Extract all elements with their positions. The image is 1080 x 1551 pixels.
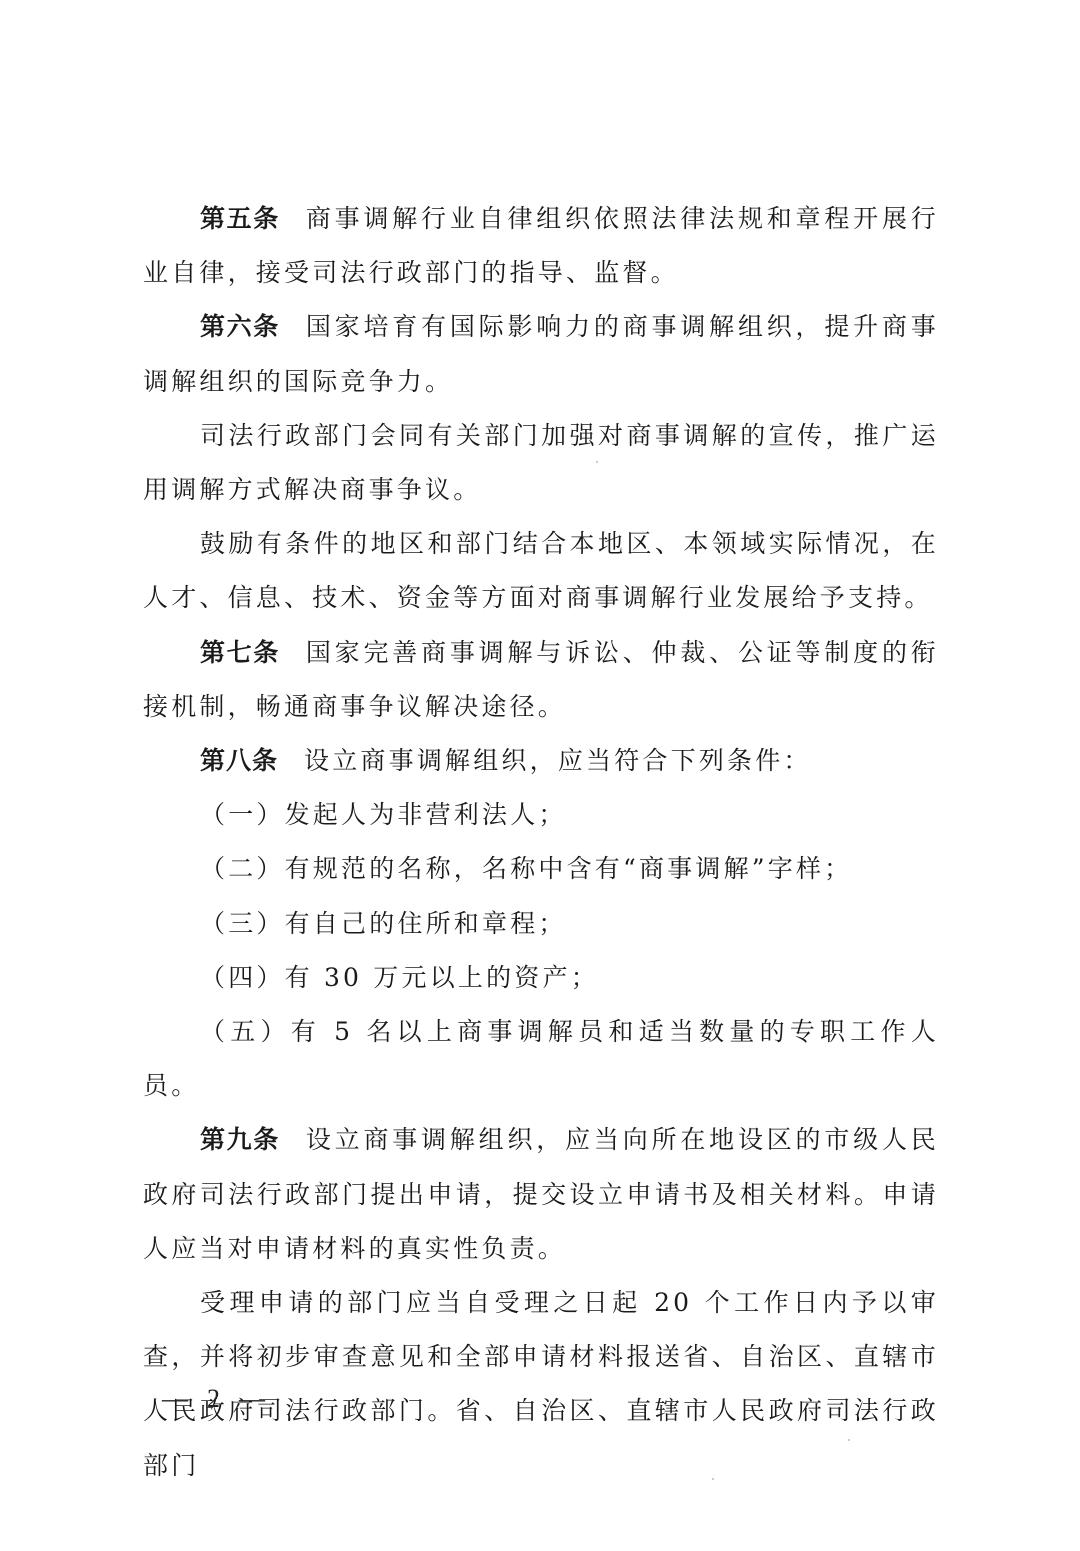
article-9: 第九条设立商事调解组织，应当向所在地设区的市级人民政府司法行政部门提出申请，提交… xyxy=(143,1113,939,1276)
page-number: — 2 — xyxy=(162,1384,267,1414)
list-item: （二）有规范的名称，名称中含有“商事调解”字样； xyxy=(143,842,939,896)
list-item: （一）发起人为非营利法人； xyxy=(143,788,939,842)
article-6: 第六条国家培育有国际影响力的商事调解组织，提升商事调解组织的国际竞争力。 xyxy=(143,300,939,408)
paragraph: 鼓励有条件的地区和部门结合本地区、本领域实际情况，在人才、信息、技术、资金等方面… xyxy=(143,517,939,625)
list-item: （三）有自己的住所和章程； xyxy=(143,897,939,951)
scan-speck xyxy=(712,1478,714,1480)
scan-speck xyxy=(848,1439,850,1441)
article-label: 第六条 xyxy=(200,312,280,341)
article-label: 第八条 xyxy=(200,746,278,775)
document-page: 第五条商事调解行业自律组织依照法律法规和章程开展行业自律，接受司法行政部门的指导… xyxy=(143,192,939,1493)
article-label: 第九条 xyxy=(200,1125,280,1154)
article-7: 第七条国家完善商事调解与诉讼、仲裁、公证等制度的衔接机制，畅通商事争议解决途径。 xyxy=(143,626,939,734)
article-8: 第八条设立商事调解组织，应当符合下列条件： xyxy=(143,734,939,788)
article-label: 第七条 xyxy=(200,638,280,667)
article-label: 第五条 xyxy=(200,204,280,233)
list-item: （四）有 30 万元以上的资产； xyxy=(143,951,939,1005)
scan-speck xyxy=(596,461,598,463)
article-5: 第五条商事调解行业自律组织依照法律法规和章程开展行业自律，接受司法行政部门的指导… xyxy=(143,192,939,300)
list-item: （五）有 5 名以上商事调解员和适当数量的专职工作人员。 xyxy=(143,1005,939,1113)
article-text: 设立商事调解组织，应当符合下列条件： xyxy=(304,746,812,775)
paragraph: 司法行政部门会同有关部门加强对商事调解的宣传，推广运用调解方式解决商事争议。 xyxy=(143,409,939,517)
